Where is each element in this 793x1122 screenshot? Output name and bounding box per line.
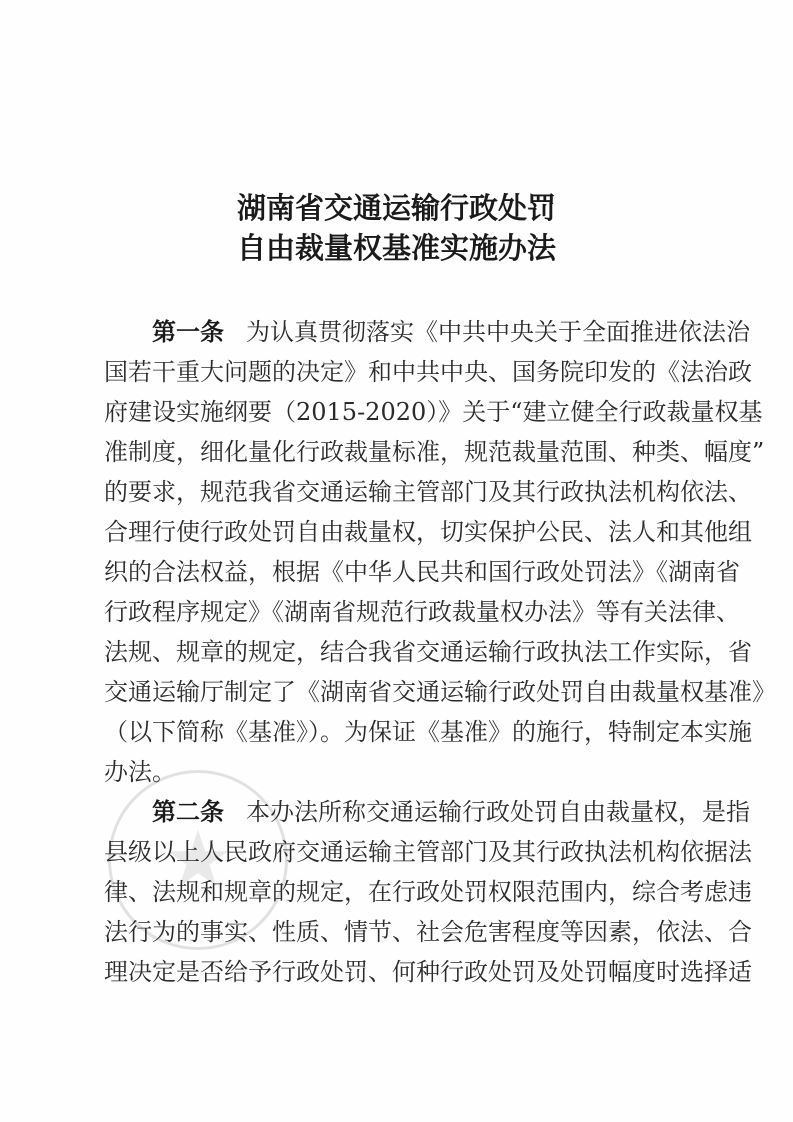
article-2-text-start: 本办法所称交通运输行政处罚自由裁量权，是指	[246, 798, 750, 826]
article-2-line: 法行为的事实、性质、情节、社会危害程度等因素，依法、合	[104, 912, 686, 952]
article-2-line: 律、法规和规章的规定，在行政处罚权限范围内，综合考虑违	[104, 872, 686, 912]
article-1-line: （以下简称《基准》）。为保证《基准》的施行，特制定本实施	[104, 712, 686, 752]
article-1-line: 织的合法权益，根据《中华人民共和国行政处罚法》《湖南省	[104, 552, 686, 592]
article-1-line: 府建设实施纲要（2015-2020）》关于“建立健全行政裁量权基	[104, 392, 686, 432]
article-2-line: 理决定是否给予行政处罚、何种行政处罚及处罚幅度时选择适	[104, 952, 686, 992]
article-1-line: 行政程序规定》《湖南省规范行政裁量权办法》等有关法律、	[104, 592, 686, 632]
article-1-number: 第一条	[152, 317, 224, 346]
article-1-line: 交通运输厅制定了《湖南省交通运输行政处罚自由裁量权基准》	[104, 672, 686, 712]
document-page: ★ 湖南省交通运输行政处罚 自由裁量权基准实施办法 第一条为认真贯彻落实《中共中…	[0, 0, 793, 1122]
document-title-line-2: 自由裁量权基准实施办法	[0, 228, 793, 268]
article-1-line: 法规、规章的规定，结合我省交通运输行政执法工作实际，省	[104, 632, 686, 672]
article-1-line: 国若干重大问题的决定》和中共中央、国务院印发的《法治政	[104, 352, 686, 392]
document-title-line-1: 湖南省交通运输行政处罚	[0, 188, 793, 228]
article-1-line: 准制度，细化量化行政裁量标准，规范裁量范围、种类、幅度”	[104, 432, 686, 472]
article-2-line: 县级以上人民政府交通运输主管部门及其行政执法机构依据法	[104, 832, 686, 872]
article-1-first-line: 第一条为认真贯彻落实《中共中央关于全面推进依法治	[104, 312, 686, 352]
article-1-line: 的要求，规范我省交通运输主管部门及其行政执法机构依法、	[104, 472, 686, 512]
article-1-text-start: 为认真贯彻落实《中共中央关于全面推进依法治	[246, 318, 750, 346]
article-2-number: 第二条	[152, 797, 224, 826]
article-1-line: 合理行使行政处罚自由裁量权，切实保护公民、法人和其他组	[104, 512, 686, 552]
article-1-line: 办法。	[104, 752, 686, 792]
document-body: 第一条为认真贯彻落实《中共中央关于全面推进依法治 国若干重大问题的决定》和中共中…	[104, 312, 686, 992]
article-2-first-line: 第二条本办法所称交通运输行政处罚自由裁量权，是指	[104, 792, 686, 832]
